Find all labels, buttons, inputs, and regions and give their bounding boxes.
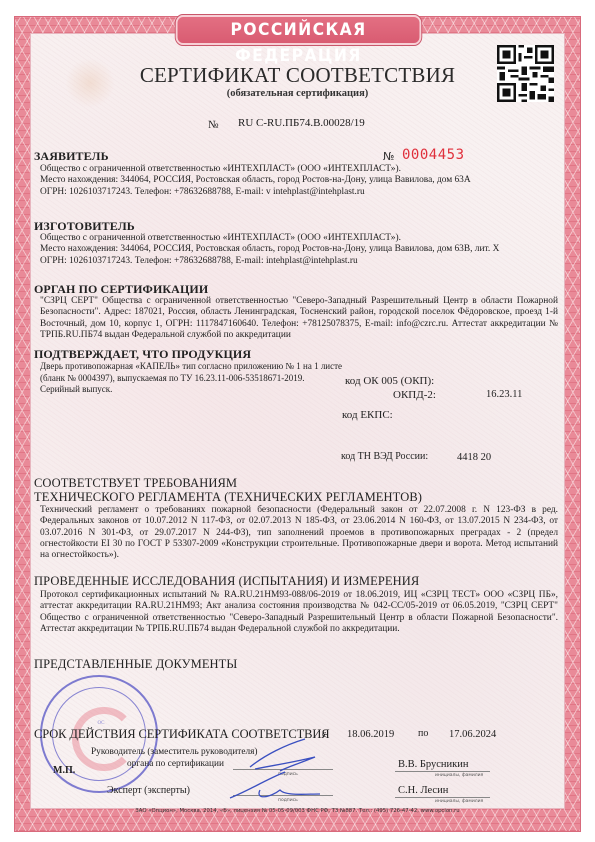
product-heading: ПОДТВЕРЖДАЕТ, ЧТО ПРОДУКЦИЯ xyxy=(34,347,251,362)
tnved-code-value: 4418 20 xyxy=(457,452,491,463)
certificate-title: СЕРТИФИКАТ СООТВЕТСТВИЯ xyxy=(0,63,595,88)
validity-to-label: по xyxy=(418,728,428,739)
applicant-name: Общество с ограниченной ответственностью… xyxy=(40,164,560,175)
manufacturer-address: Место нахождения: 344064, РОССИЯ, Ростов… xyxy=(40,244,560,255)
okp-code-label: код ОК 005 (ОКП): xyxy=(345,375,434,387)
tests-text: Протокол сертификационных испытаний № RA… xyxy=(40,590,558,635)
expert-name: С.Н. Лесин xyxy=(398,785,448,796)
expert-signature-caption: подпись xyxy=(278,798,298,803)
printer-footer: ЗАО «Опцион», Москва, 2014, «Б», лицензи… xyxy=(0,808,595,814)
documents-heading: ПРЕДСТАВЛЕННЫЕ ДОКУМЕНТЫ xyxy=(34,657,237,672)
head-name-line xyxy=(395,771,490,772)
validity-from-date: 18.06.2019 xyxy=(347,729,394,740)
applicant-contacts: ОГРН: 1026103717243. Телефон: +786326887… xyxy=(40,187,560,198)
requirements-text: Технический регламент о требованиях пожа… xyxy=(40,505,558,561)
tests-heading: ПРОВЕДЕННЫЕ ИССЛЕДОВАНИЯ (ИСПЫТАНИЯ) И И… xyxy=(34,574,419,589)
manufacturer-contacts: ОГРН: 1026103717243. Телефон: +786326887… xyxy=(40,256,560,267)
certificate-subtitle: (обязательная сертификация) xyxy=(0,88,595,99)
blank-number: 0004453 xyxy=(402,147,465,163)
requirements-subheading: ТЕХНИЧЕСКОГО РЕГЛАМЕНТА (ТЕХНИЧЕСКИХ РЕГ… xyxy=(34,490,422,505)
applicant-heading: ЗАЯВИТЕЛЬ xyxy=(34,149,109,164)
head-signature-icon xyxy=(245,735,335,775)
blank-number-label: № xyxy=(383,150,394,163)
requirements-heading: СООТВЕТСТВУЕТ ТРЕБОВАНИЯМ xyxy=(34,476,237,491)
certification-body-text: "СЗРЦ СЕРТ" Общества с ограниченной отве… xyxy=(40,296,558,341)
certification-body-heading: ОРГАН ПО СЕРТИФИКАЦИИ xyxy=(34,282,208,297)
okpd2-label: ОКПД-2: xyxy=(393,389,436,401)
applicant-details: Общество с ограниченной ответственностью… xyxy=(40,164,560,198)
stamp-place-label: М.П. xyxy=(53,765,75,776)
certificate-number: RU C-RU.ПБ74.В.00028/19 xyxy=(238,117,365,129)
okpd2-value: 16.23.11 xyxy=(486,389,522,400)
manufacturer-name: Общество с ограниченной ответственностью… xyxy=(40,233,560,244)
applicant-address: Место нахождения: 344064, РОССИЯ, Ростов… xyxy=(40,175,560,186)
manufacturer-details: Общество с ограниченной ответственностью… xyxy=(40,233,560,267)
head-name-caption: инициалы, фамилия xyxy=(435,773,483,778)
stamp-text: ОС xyxy=(76,721,126,726)
head-label-line2: органа по сертификации xyxy=(127,759,224,769)
expert-name-line xyxy=(395,797,490,798)
expert-name-caption: инициалы, фамилия xyxy=(435,799,483,804)
head-name: В.В. Брусникин xyxy=(398,759,469,770)
validity-to-date: 17.06.2024 xyxy=(449,729,496,740)
country-banner: РОССИЙСКАЯ ФЕДЕРАЦИЯ xyxy=(176,15,422,45)
head-label: Руководитель (заместитель руководителя) xyxy=(91,747,258,757)
tnved-code-label: код ТН ВЭД России: xyxy=(341,451,428,462)
product-description: Дверь противопожарная «КАПЕЛЬ» тип согла… xyxy=(40,361,346,396)
ekps-code-label: код ЕКПС: xyxy=(342,409,393,421)
certificate-number-label: № xyxy=(208,119,219,131)
expert-label: Эксперт (эксперты) xyxy=(107,785,190,796)
manufacturer-heading: ИЗГОТОВИТЕЛЬ xyxy=(34,219,135,234)
expert-signature-icon xyxy=(225,770,325,805)
